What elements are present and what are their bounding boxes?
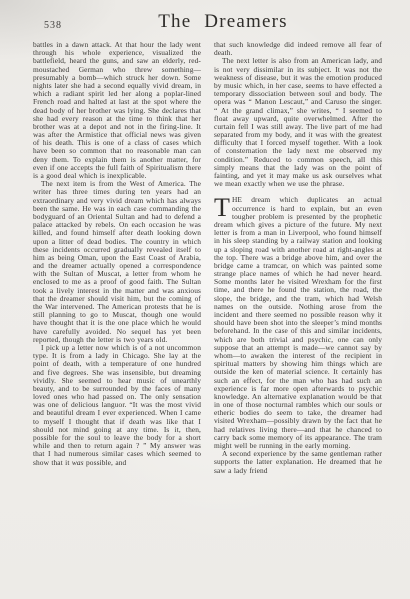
paragraph-west-of-america-dream: The next item is from the West of Americ… (33, 180, 201, 344)
book-page-scan: 538 The Dreamers battles in a dawn attac… (0, 0, 410, 599)
right-column: that such knowledge did indeed remove al… (214, 41, 382, 475)
paragraph-chicago-lady: I pick up a letter now which is of a not… (33, 344, 201, 467)
page-title: The Dreamers (63, 11, 383, 33)
paragraph-dawn-attack: battles in a dawn attack. At that hour t… (33, 41, 201, 180)
page-number: 538 (44, 20, 62, 31)
dropcap-letter: T (214, 196, 232, 219)
paragraph-prophetic-dream-wrexham: THE dream which duplicates an actual occ… (214, 196, 382, 450)
left-column: battles in a dawn attack. At that hour t… (33, 41, 201, 475)
paragraph-second-experience: A second experience by the same gentlema… (214, 450, 382, 475)
text-columns: battles in a dawn attack. At that hour t… (33, 41, 383, 475)
paragraph-remove-fear-of-death: that such knowledge did indeed remove al… (214, 41, 382, 57)
paragraph-manon-lescaut: The next letter is also from an American… (214, 57, 382, 188)
